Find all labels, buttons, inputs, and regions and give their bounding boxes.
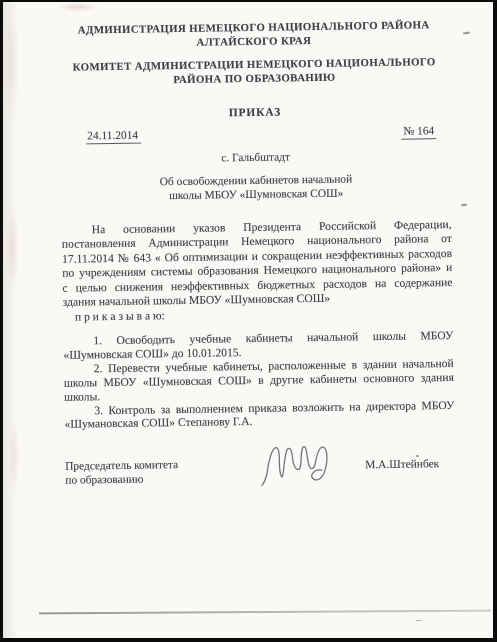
- document-subject: Об освобождении кабинетов начальной школ…: [61, 171, 451, 205]
- committee-name: КОМИТЕТ АДМИНИСТРАЦИИ НЕМЕЦКОГО НАЦИОНАЛ…: [59, 56, 449, 89]
- document-page: АДМИНИСТРАЦИЯ НЕМЕЦКОГО НАЦИОНАЛЬНОГО РА…: [3, 2, 493, 638]
- document-content: АДМИНИСТРАЦИЯ НЕМЕЦКОГО НАЦИОНАЛЬНОГО РА…: [0, 0, 497, 642]
- preamble-paragraph: На основании указов Президента Российско…: [62, 218, 453, 310]
- signatory-position-line2: по образованию: [65, 471, 265, 488]
- document-type-title: ПРИКАЗ: [60, 104, 450, 122]
- signatory-position: Председатель комитета по образованию: [65, 457, 265, 488]
- place-name: с. Гальбштадт: [61, 149, 451, 167]
- org-name: АДМИНИСТРАЦИЯ НЕМЕЦКОГО НАЦИОНАЛЬНОГО РА…: [59, 19, 449, 52]
- document-date: 24.11.2014: [86, 130, 141, 145]
- scanned-document: { "colors": { "paper": "#faf9f5", "ink":…: [0, 0, 497, 642]
- date-number-row: 24.11.2014 № 164: [60, 125, 450, 145]
- document-number: № 164: [401, 125, 436, 140]
- scan-speck: [416, 455, 419, 457]
- handwritten-signature: [255, 435, 348, 494]
- signatory-name: М.А.Штейнбек: [365, 458, 475, 472]
- order-items: 1. Освободить учебные кабинеты начальной…: [63, 329, 454, 432]
